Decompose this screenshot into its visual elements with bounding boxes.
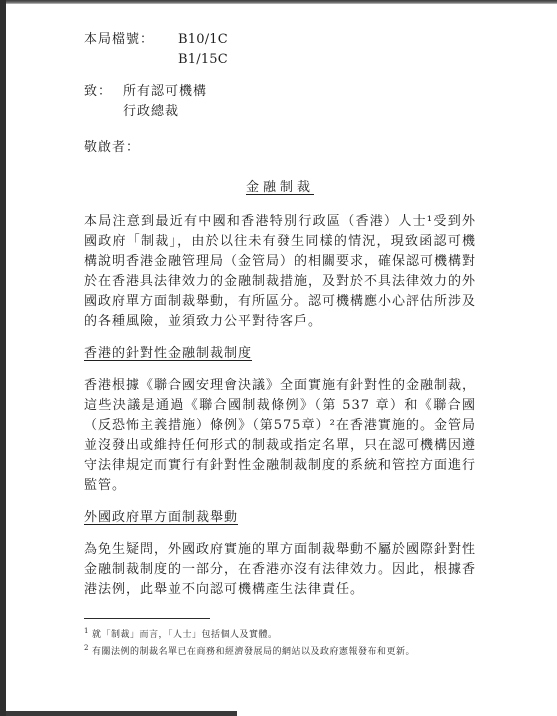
scan-edge-top xyxy=(0,0,557,4)
section-paragraph-foreign-sanctions: 為免生疑問，外國政府實施的單方面制裁舉動不屬於國際針對性金融制裁制度的一部分，在… xyxy=(84,540,476,600)
footnote-item: 2有關法例的制裁名單已在商務和經濟發展局的網站以及政府憲報發布和更新。 xyxy=(84,642,476,659)
footnote-separator xyxy=(84,618,210,619)
letter-body: 本局檔號： B10/1C B1/15C 致： 所有認可機構 行政總裁 敬啟者： … xyxy=(84,30,476,600)
scan-edge-left xyxy=(0,0,6,716)
reference-number-values: B10/1C B1/15C xyxy=(178,30,228,70)
footnote-item: 1就「制裁」而言，「人士」包括個人及實體。 xyxy=(84,625,476,642)
section-heading-foreign-sanctions: 外國政府單方面制裁舉動 xyxy=(84,508,476,528)
recipient-line: 行政總裁 xyxy=(123,102,207,122)
document-title: 金融制裁 xyxy=(84,178,476,198)
recipient-label: 致： xyxy=(84,82,112,102)
reference-number-label: 本局檔號： xyxy=(84,30,154,50)
section-heading-hk-regime: 香港的針對性金融制裁制度 xyxy=(84,344,476,364)
reference-number-value: B10/1C xyxy=(178,30,228,50)
document-page: 本局檔號： B10/1C B1/15C 致： 所有認可機構 行政總裁 敬啟者： … xyxy=(0,0,557,716)
intro-paragraph: 本局注意到最近有中國和香港特別行政區（香港）人士¹受到外國政府「制裁」，由於以往… xyxy=(84,212,476,332)
footnote-marker: 1 xyxy=(84,627,89,635)
reference-number-value: B1/15C xyxy=(178,50,228,70)
scan-edge-bottom xyxy=(0,711,237,716)
footnote-text: 就「制裁」而言，「人士」包括個人及實體。 xyxy=(92,630,278,640)
footnotes: 1就「制裁」而言，「人士」包括個人及實體。 2有關法例的制裁名單已在商務和經濟發… xyxy=(84,618,476,659)
footnote-text: 有關法例的制裁名單已在商務和經濟發展局的網站以及政府憲報發布和更新。 xyxy=(92,647,415,657)
recipient-lines: 所有認可機構 行政總裁 xyxy=(123,82,207,122)
section-paragraph-hk-regime: 香港根據《聯合國安理會決議》全面實施有針對性的金融制裁，這些決議是通過《聯合國制… xyxy=(84,376,476,496)
salutation: 敬啟者： xyxy=(84,138,476,158)
footnote-marker: 2 xyxy=(84,644,89,652)
recipient-block: 致： 所有認可機構 行政總裁 xyxy=(84,82,476,122)
recipient-line: 所有認可機構 xyxy=(123,82,207,102)
reference-number-block: 本局檔號： B10/1C B1/15C xyxy=(84,30,476,70)
